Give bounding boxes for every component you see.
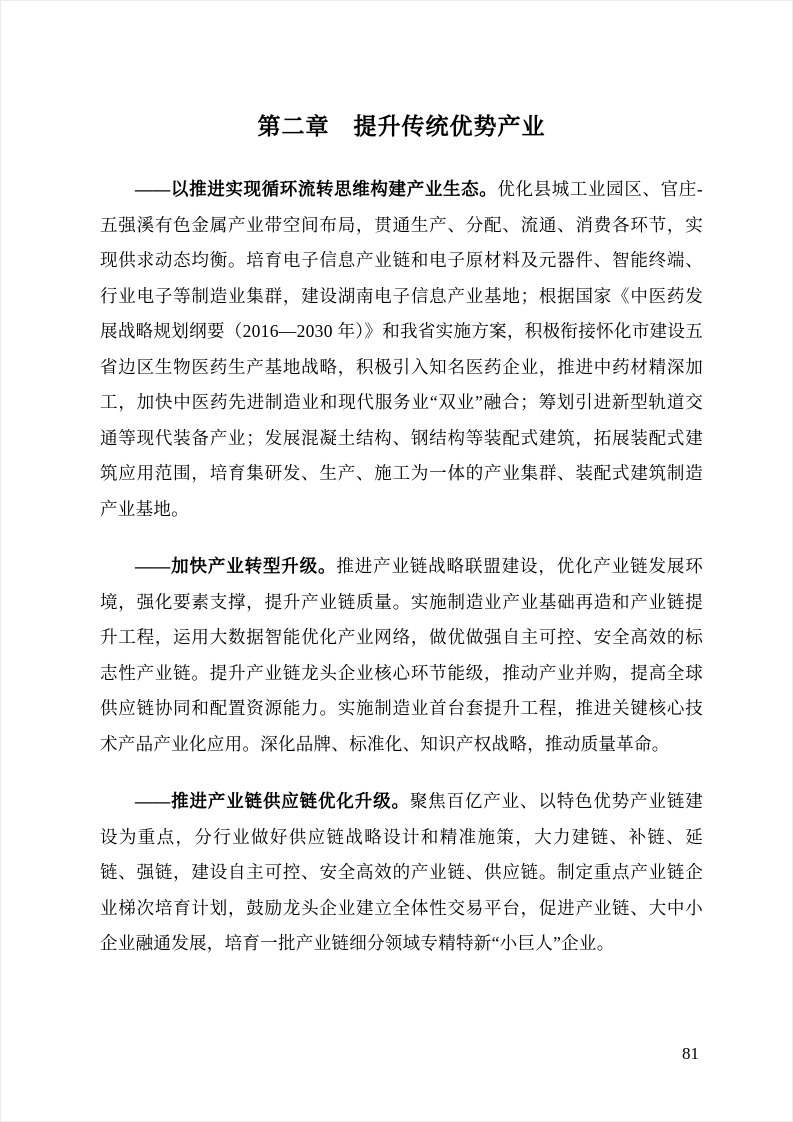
paragraph-lead: ——推进产业链供应链优化升级。 [135,791,410,811]
paragraph-body: 优化县城工业园区、官庄-五强溪有色金属产业带空间布局，贯通生产、分配、流通、消费… [100,179,703,519]
paragraph: ——推进产业链供应链优化升级。聚焦百亿产业、以特色优势产业链建设为重点，分行业做… [100,784,703,962]
paragraph: ——以推进实现循环流转思维构建产业生态。优化县城工业园区、官庄-五强溪有色金属产… [100,172,703,527]
paragraph-lead: ——加快产业转型升级。 [135,556,336,576]
document-content: 第二章 提升传统优势产业 ——以推进实现循环流转思维构建产业生态。优化县城工业园… [100,0,703,979]
page-number: 81 [682,1043,699,1065]
document-page: 第二章 提升传统优势产业 ——以推进实现循环流转思维构建产业生态。优化县城工业园… [0,0,793,1122]
paragraph-body: 推进产业链战略联盟建设，优化产业链发展环境，强化要素支撑，提升产业链质量。实施制… [100,556,703,754]
paragraph: ——加快产业转型升级。推进产业链战略联盟建设，优化产业链发展环境，强化要素支撑，… [100,549,703,762]
paragraph-body: 聚焦百亿产业、以特色优势产业链建设为重点，分行业做好供应链战略设计和精准施策，大… [100,791,703,953]
paragraph-lead: ——以推进实现循环流转思维构建产业生态。 [135,179,497,199]
chapter-title: 第二章 提升传统优势产业 [100,112,703,140]
